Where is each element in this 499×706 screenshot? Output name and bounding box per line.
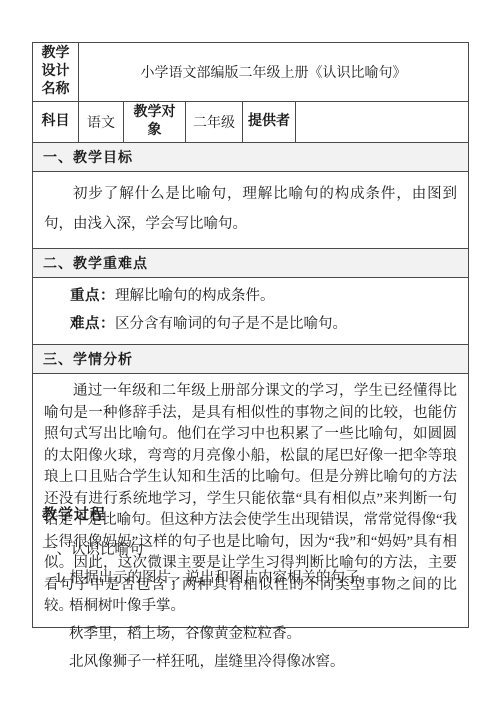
lesson-title: 小学语文部编版二年级上册《认识比喻句》	[79, 43, 469, 102]
process-step: 1. 根据出示的图片，说出和图片内容相关的句子。	[55, 564, 472, 592]
section-body-keypoints: 重点：理解比喻句的构成条件。 难点：区分含有喻词的句子是不是比喻句。	[33, 278, 469, 345]
section-heading-objectives: 一、教学目标	[33, 143, 469, 172]
table-row: 教学设计名称 小学语文部编版二年级上册《认识比喻句》	[33, 43, 469, 102]
difficult-point-label: 难点：	[70, 316, 115, 332]
example-sentence-1: 梧桐树叶像手掌。	[69, 592, 472, 620]
audience-value: 二年级	[186, 102, 243, 143]
subject-value: 语文	[79, 102, 124, 143]
table-row: 重点：理解比喻句的构成条件。 难点：区分含有喻词的句子是不是比喻句。	[33, 278, 469, 345]
difficult-point-text: 区分含有喻词的句子是不是比喻句。	[115, 316, 347, 332]
example-sentence-3: 北风像狮子一样狂吼，崖缝里冷得像冰窖。	[69, 648, 472, 676]
provider-label: 提供者	[243, 102, 296, 143]
provider-value	[296, 102, 469, 143]
design-name-label: 教学设计名称	[33, 43, 79, 102]
document-page: 教学设计名称 小学语文部编版二年级上册《认识比喻句》 科目 语文 教学对象 二年…	[0, 0, 499, 706]
table-row: 一、教学目标	[33, 143, 469, 172]
key-point-line: 重点：理解比喻句的构成条件。	[59, 282, 468, 310]
key-point-text: 理解比喻句的构成条件。	[115, 288, 275, 304]
table-row: 科目 语文 教学对象 二年级 提供者	[33, 102, 469, 143]
objectives-text: 初步了解什么是比喻句，理解比喻句的构成条件，由图到句，由浅入深，学会写比喻句。	[33, 172, 468, 248]
subject-label: 科目	[33, 102, 79, 143]
table-row: 初步了解什么是比喻句，理解比喻句的构成条件，由图到句，由浅入深，学会写比喻句。	[33, 172, 469, 249]
key-point-label: 重点：	[70, 288, 115, 304]
teaching-process: 教学过程 一、认识比喻句 1. 根据出示的图片，说出和图片内容相关的句子。 梧桐…	[42, 504, 472, 676]
process-heading: 教学过程	[42, 504, 472, 526]
table-row: 三、学情分析	[33, 345, 469, 374]
difficult-point-line: 难点：区分含有喻词的句子是不是比喻句。	[59, 310, 468, 338]
keypoints-list: 重点：理解比喻句的构成条件。 难点：区分含有喻词的句子是不是比喻句。	[33, 278, 468, 344]
section-body-objectives: 初步了解什么是比喻句，理解比喻句的构成条件，由图到句，由浅入深，学会写比喻句。	[33, 172, 469, 249]
audience-label: 教学对象	[124, 102, 186, 143]
section-heading-analysis: 三、学情分析	[33, 345, 469, 374]
table-row: 二、教学重难点	[33, 249, 469, 278]
section-heading-keypoints: 二、教学重难点	[33, 249, 469, 278]
process-section-title: 一、认识比喻句	[42, 536, 472, 564]
example-sentence-2: 秋季里，稻上场，谷像黄金粒粒香。	[69, 620, 472, 648]
